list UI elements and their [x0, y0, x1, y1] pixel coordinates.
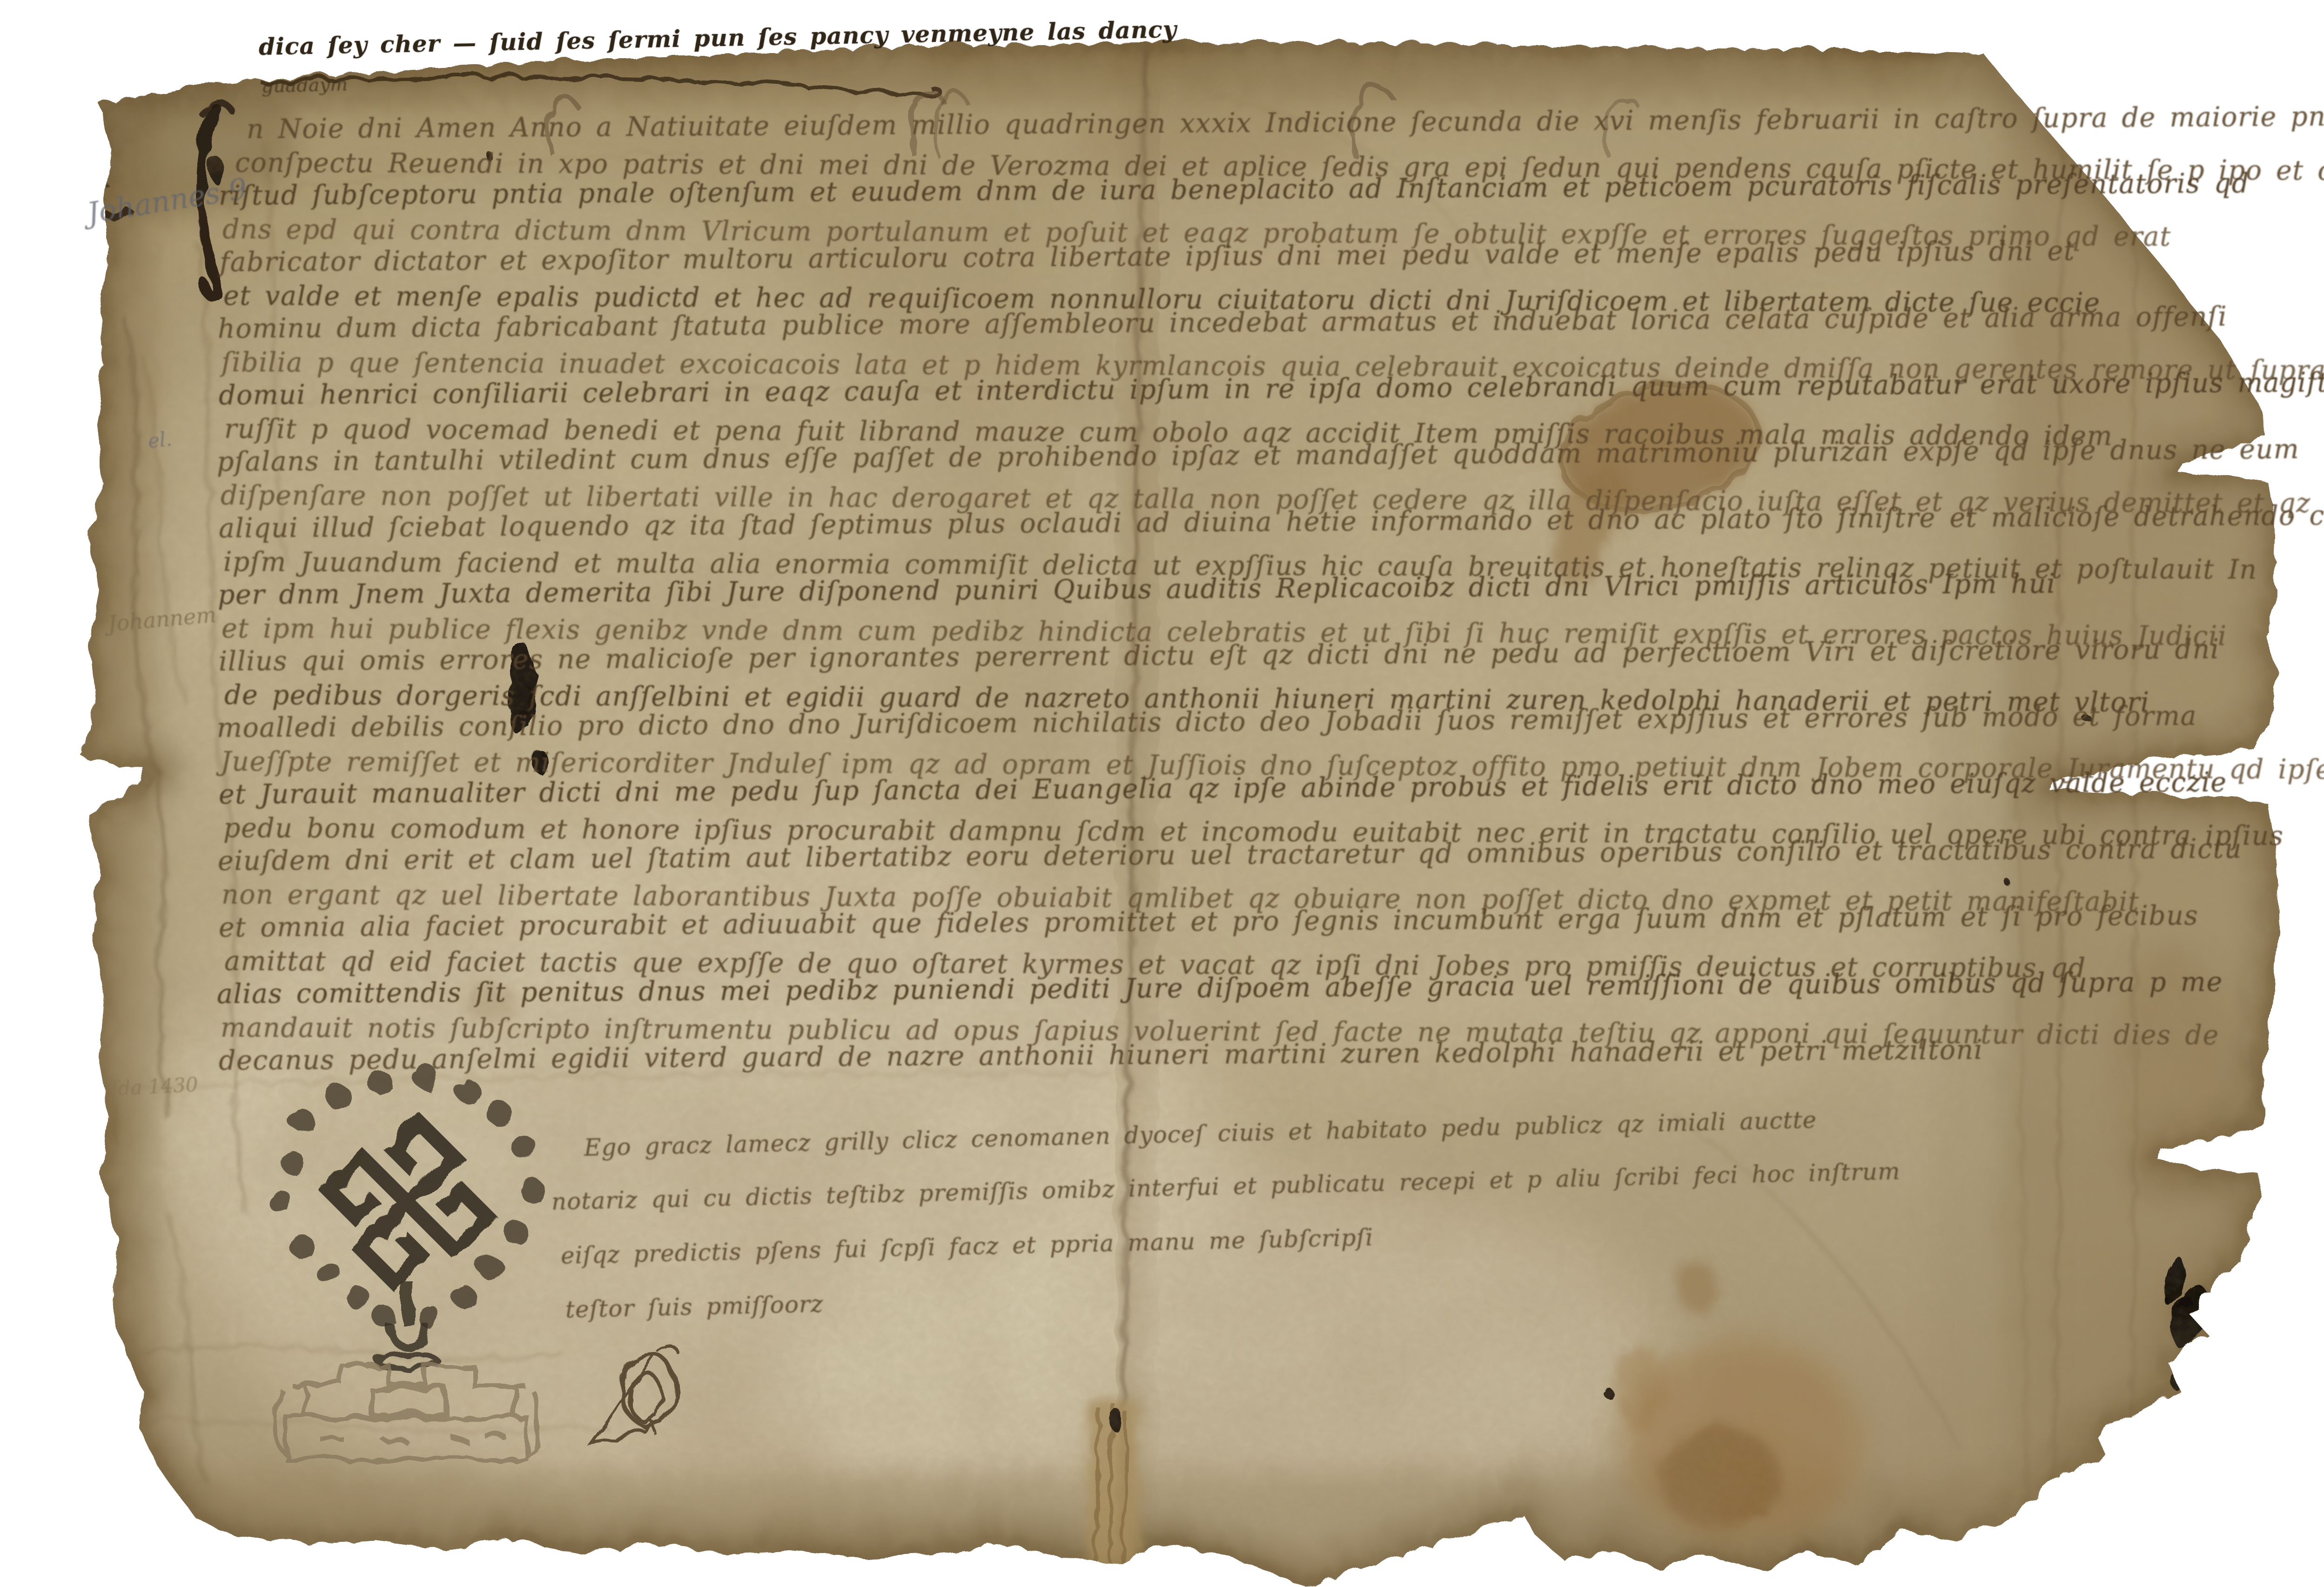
parchment-sheet-shape: [33, 28, 2324, 1587]
photograph-of-parchment-charter: dica ſey cher — ſuid ſes ſermi pun ſes p…: [0, 0, 2324, 1587]
parchment-graphic: [0, 0, 2324, 1587]
